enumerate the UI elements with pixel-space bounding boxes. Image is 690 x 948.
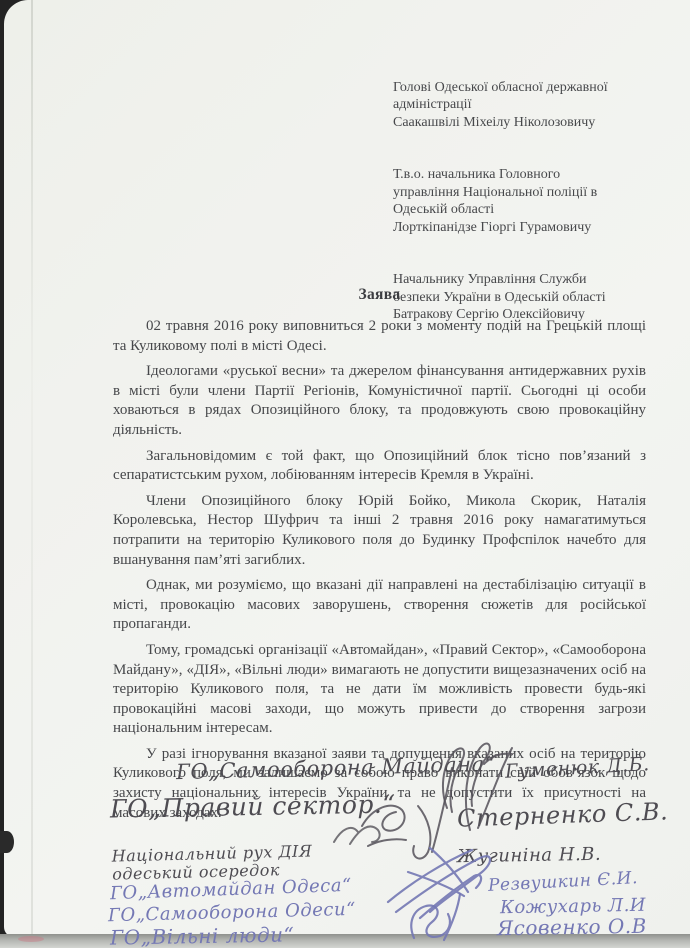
- addressee-governor: Голові Одеської обласної державної адмін…: [393, 79, 651, 132]
- signature-name-yasovenko: Ясовенко О.В: [497, 914, 647, 941]
- paragraph-6: Тому, громадські організації «Автомайдан…: [113, 641, 646, 739]
- paragraph-4: Члени Опозиційного блоку Юрій Бойко, Мик…: [113, 492, 646, 570]
- paragraph-5: Однак, ми розуміємо, що вказані дії напр…: [113, 576, 646, 635]
- signature-org-pravyi-sektor: ГО„Правий сектор.“: [110, 790, 396, 824]
- signature-name-zhuhinina: Жугиніна Н.В.: [457, 844, 602, 868]
- paragraph-1: 02 травня 2016 року виповниться 2 роки з…: [113, 317, 646, 356]
- scan-edge-mark: [0, 831, 14, 853]
- scanned-letter-page: { "colors": { "paper": "#f1f2ee", "print…: [0, 0, 690, 948]
- addressee-police-chief: Т.в.о. начальника Головного управління Н…: [393, 166, 651, 236]
- paragraph-3: Загальновідомим є той факт, що Опозиційн…: [113, 447, 646, 486]
- letter-body: Заява 02 травня 2016 року виповниться 2 …: [113, 286, 646, 829]
- pink-smudge: [18, 936, 44, 942]
- signature-org-vilni-lyudy: ГО„Вільні люди“: [110, 922, 295, 948]
- document-title: Заява: [113, 286, 646, 304]
- paragraph-2: Ідеологами «руської весни» та джерелом ф…: [113, 362, 646, 440]
- paper-crease: [31, 0, 33, 937]
